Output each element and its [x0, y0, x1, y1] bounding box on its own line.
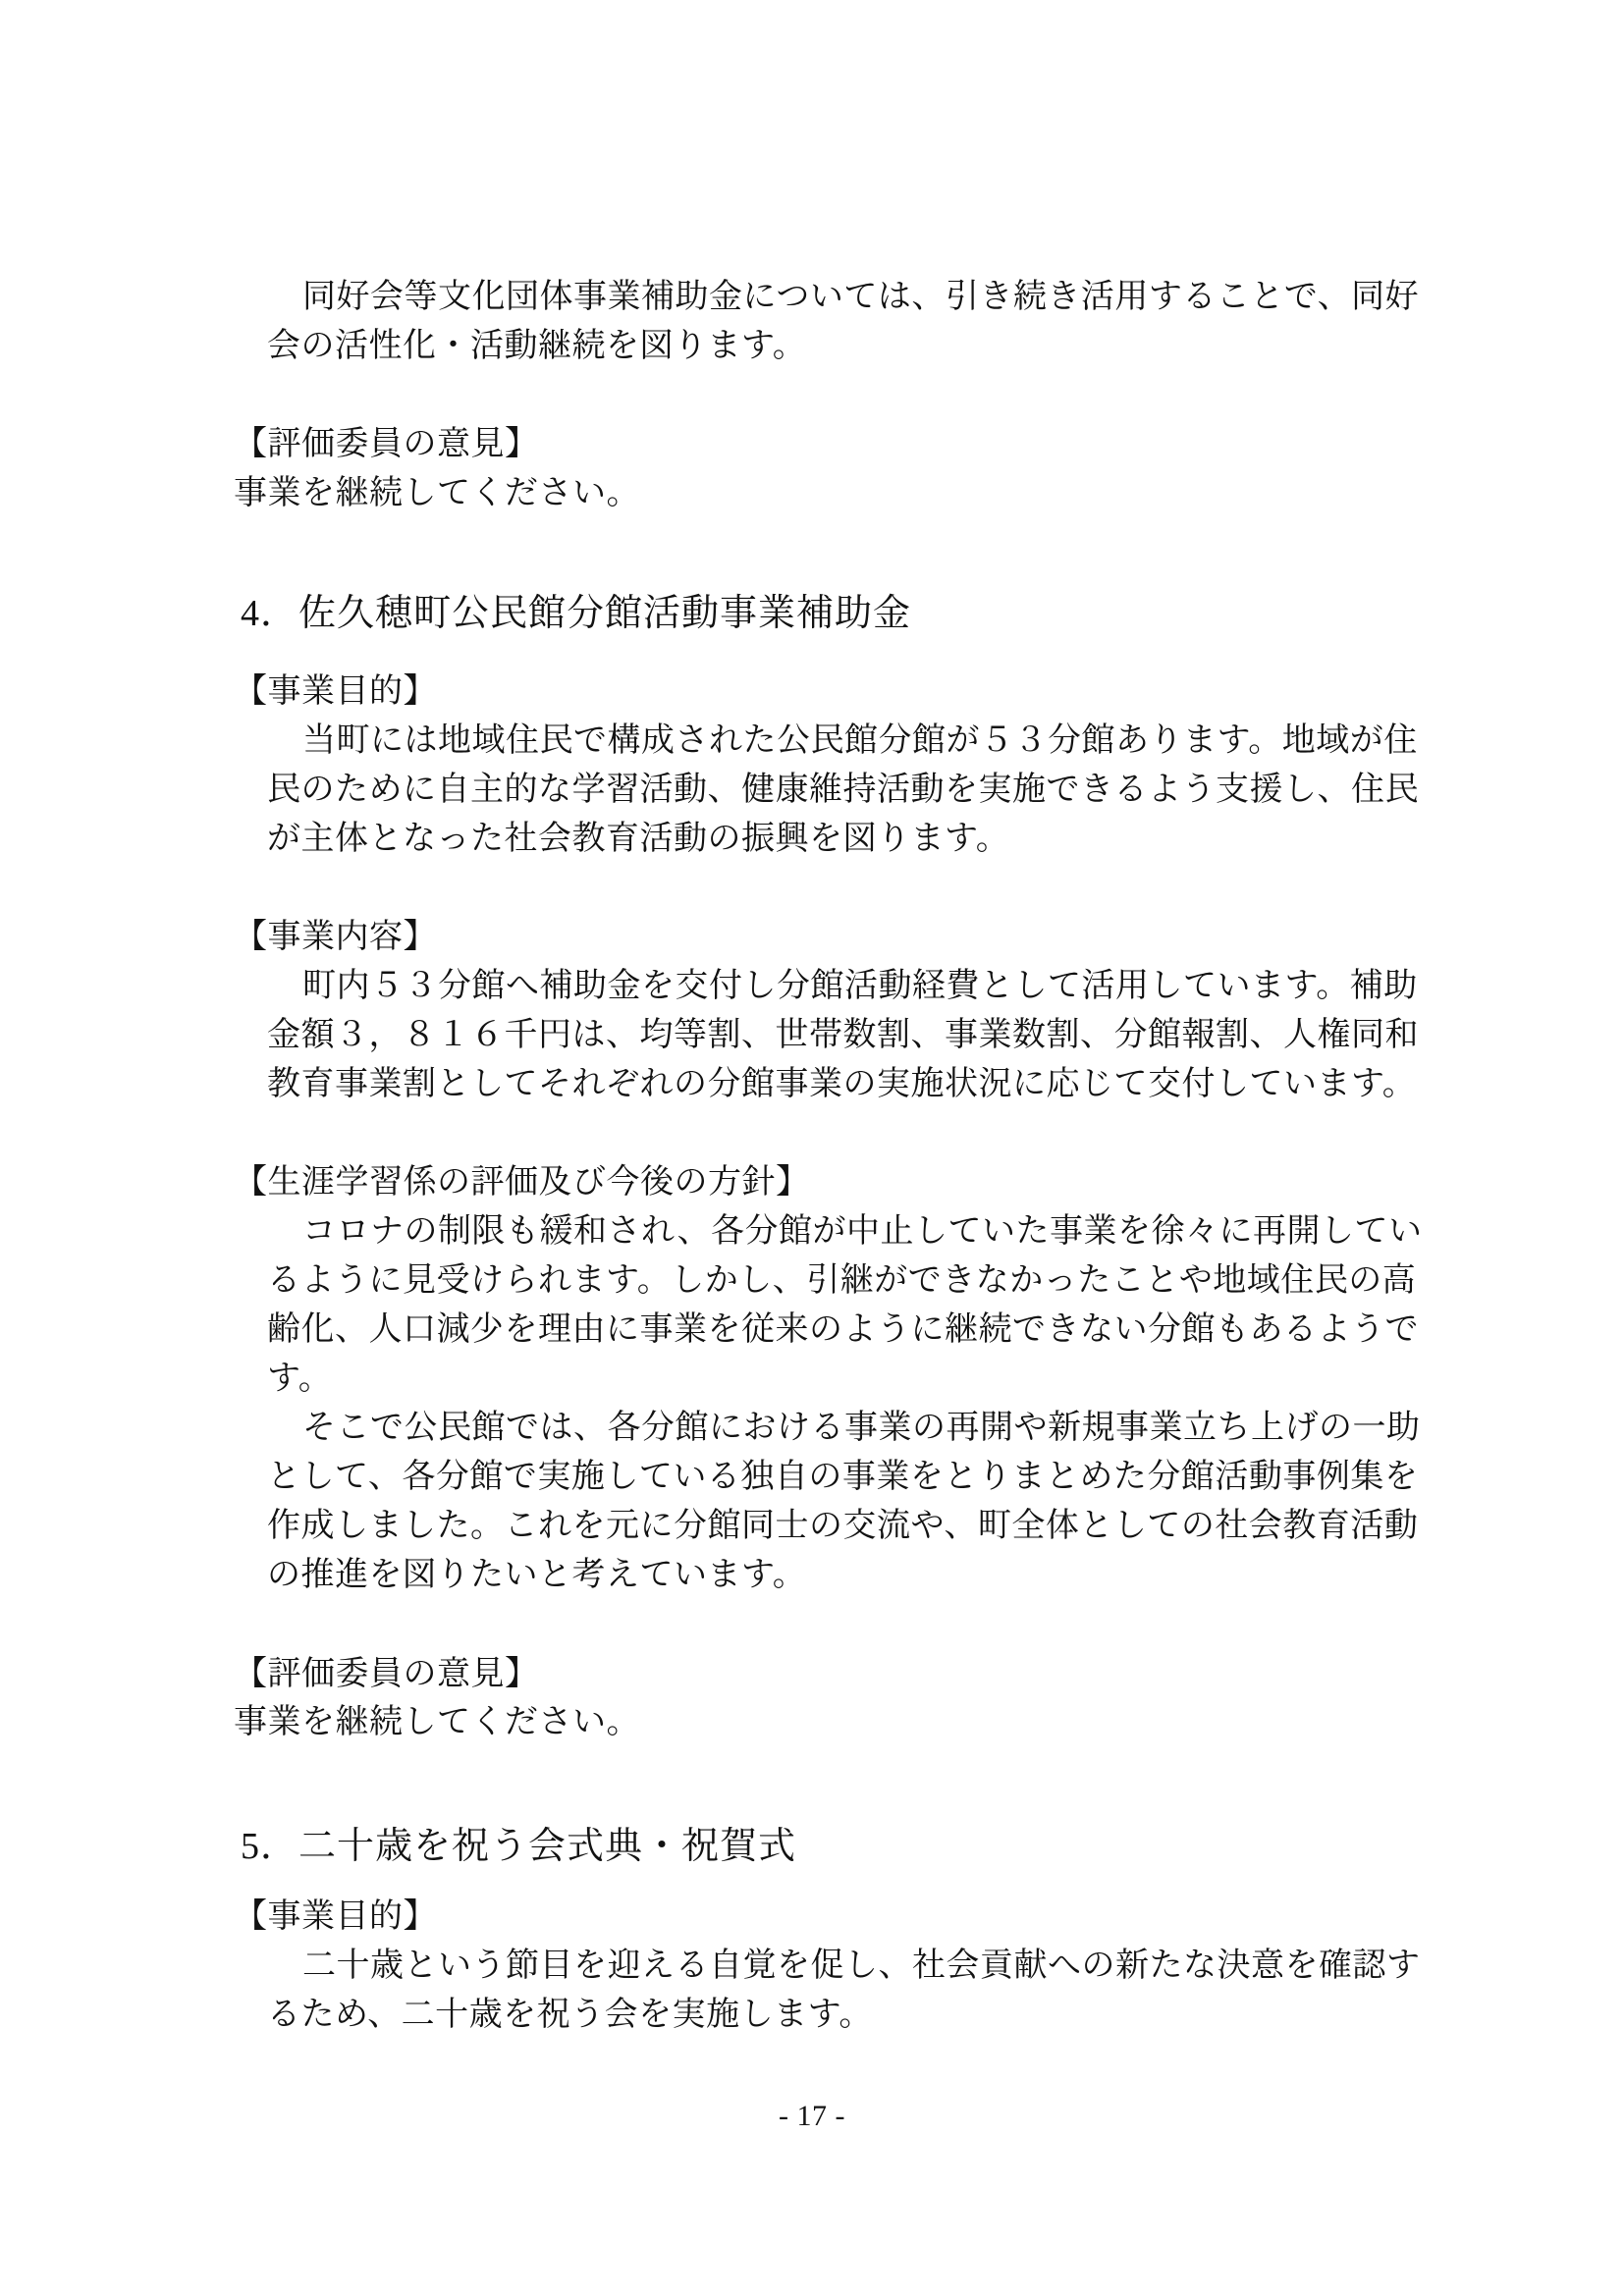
section-4-evaluation-paragraph-1: コロナの制限も緩和され、各分館が中止していた事業を徐々に再開してい るように見受… — [267, 1207, 1426, 1404]
section-5-purpose-header: 【事業目的】 — [234, 1893, 437, 1942]
section-4-content-header: 【事業内容】 — [234, 913, 437, 962]
section-5-purpose-text: 二十歳という節目を迎える自覚を促し、社会貢献への新たな決意を確認す るため、二十… — [267, 1942, 1426, 2040]
section-4-purpose-text: 当町には地域住民で構成された公民館分館が５３分館あります。地域が住 民のために自… — [267, 717, 1426, 864]
document-page: 同好会等文化団体事業補助金については、引き続き活用することで、同好 会の活性化・… — [0, 0, 1624, 2296]
intro-opinion-header: 【評価委員の意見】 — [234, 420, 539, 469]
page-number: - 17 - — [0, 2097, 1624, 2136]
section-4-purpose-header: 【事業目的】 — [234, 667, 437, 717]
section-4-content-text: 町内５３分館へ補助金を交付し分館活動経費として活用しています。補助 金額３，８１… — [267, 962, 1426, 1109]
section-4-evaluation-paragraph-2: そこで公民館では、各分館における事業の再開や新規事業立ち上げの一助 として、各分… — [267, 1404, 1426, 1600]
section-4-opinion-header: 【評価委員の意見】 — [234, 1650, 539, 1699]
section-4-heading: 4．佐久穂町公民館分館活動事業補助金 — [241, 585, 911, 642]
section-4-evaluation-header: 【生涯学習係の評価及び今後の方針】 — [234, 1158, 810, 1207]
section-4-opinion-text: 事業を継続してください。 — [234, 1698, 640, 1747]
intro-opinion-text: 事業を継続してください。 — [234, 469, 640, 518]
intro-paragraph: 同好会等文化団体事業補助金については、引き続き活用することで、同好 会の活性化・… — [267, 273, 1426, 371]
section-5-heading: 5．二十歳を祝う会式典・祝賀式 — [241, 1818, 796, 1875]
